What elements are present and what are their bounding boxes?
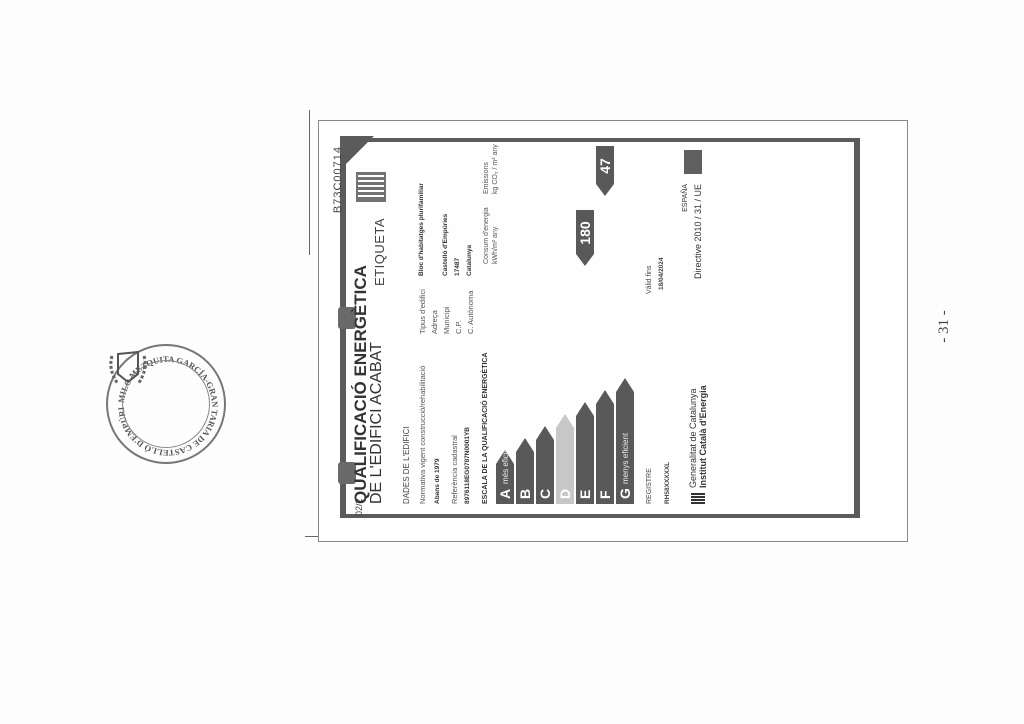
registry-label: REGISTRE (646, 468, 653, 504)
emissions-header: Emissions kg CO₂ / m² any (482, 144, 500, 194)
cp-label: C.P. (454, 320, 463, 334)
energy-class-bar-a: Amés eficient (496, 450, 514, 504)
energy-class-letter: B (517, 489, 533, 499)
certificate-code: B73C00714 (332, 146, 344, 213)
energy-class-bar-e: E (576, 402, 594, 504)
ref-cadastral-value: 8976118EG0787N0001YB (464, 427, 471, 504)
consumption-value-tag: 180 (576, 210, 594, 266)
municipi-label: Municipi (442, 306, 451, 334)
directive-label: Directive 2010 / 31 / UE (693, 184, 703, 279)
energy-class-note: més eficient (501, 441, 510, 484)
ca-label: C. Autònoma (466, 291, 475, 334)
validity-date: 18/04/2024 (658, 257, 665, 290)
issuer-line-2: Institut Català d'Energia (698, 385, 708, 488)
scale-heading: ESCALA DE LA QUALIFICACIÓ ENERGÈTICA (482, 352, 489, 504)
energy-class-bar-d: D (556, 414, 574, 504)
scan-line (309, 110, 310, 255)
normativa-label: Normativa vigent construcció/rehabilitac… (418, 366, 427, 504)
laurel-shield-icon (108, 346, 148, 390)
generalitat-logo-icon (691, 492, 705, 504)
corner-triangle (340, 136, 374, 170)
municipi-value: Castelló d'Empúries (442, 214, 449, 276)
consumption-unit: kWh/m² any (491, 207, 500, 264)
cp-value: 17487 (454, 258, 461, 276)
energy-class-bar-c: C (536, 426, 554, 504)
emissions-unit: kg CO₂ / m² any (491, 144, 500, 194)
notary-stamp: D. CAMILO MEZQUITA GARCÍA-GRANERO NOTARI… (106, 344, 226, 464)
emissions-header-text: Emissions (482, 144, 491, 194)
energy-class-letter: G (617, 488, 633, 499)
energy-class-letter: F (597, 490, 613, 499)
adreca-label: Adreça (430, 310, 439, 334)
ref-cadastral-label: Referència cadastral (450, 435, 459, 504)
certificate-subtitle: DE L'EDIFICI ACABAT (369, 342, 385, 504)
energy-class-letter: D (557, 489, 573, 499)
ca-value: Catalunya (466, 245, 473, 276)
energy-certificate-label: B73C00714 02/2 QUALIFICACIÓ ENERGÈTICA D… (340, 138, 860, 518)
consumption-header: Consum d'energia kWh/m² any (482, 207, 500, 264)
energy-class-letter: C (537, 489, 553, 499)
country-label: ESPAÑA (682, 184, 689, 212)
certificate-frame: B73C00714 02/2 QUALIFICACIÓ ENERGÈTICA D… (340, 138, 860, 518)
certificate-title: QUALIFICACIÓ ENERGÈTICA (352, 265, 369, 504)
issuer-line-1: Generalitat de Catalunya (688, 385, 698, 488)
eu-flag-icon (684, 150, 702, 174)
energy-class-letter: E (577, 490, 593, 499)
energy-class-note: menys eficient (621, 433, 630, 484)
energy-class-bar-f: F (596, 390, 614, 504)
emissions-value-tag: 47 (596, 146, 614, 196)
tipus-value: Bloc d'habitatges plurifamiliar (418, 183, 425, 276)
validity-label: Vàlid fins (646, 266, 653, 294)
registry-number: RH58XXXXXL (664, 462, 671, 504)
energy-class-bar-b: B (516, 438, 534, 504)
qr-code-icon (356, 172, 386, 202)
etiqueta-label: ETIQUETA (372, 218, 387, 286)
normativa-value: Abans de 1979 (434, 458, 441, 504)
tipus-label: Tipus d'edifici (418, 289, 427, 334)
building-data-heading: DADES DE L'EDIFICI (402, 426, 411, 504)
issuer: Generalitat de Catalunya Institut Català… (688, 385, 708, 488)
consumption-header-text: Consum d'energia (482, 207, 491, 264)
page-number: - 31 - (936, 310, 953, 343)
energy-class-letter: A (497, 489, 513, 499)
energy-class-bar-g: Gmenys eficient (616, 378, 634, 504)
